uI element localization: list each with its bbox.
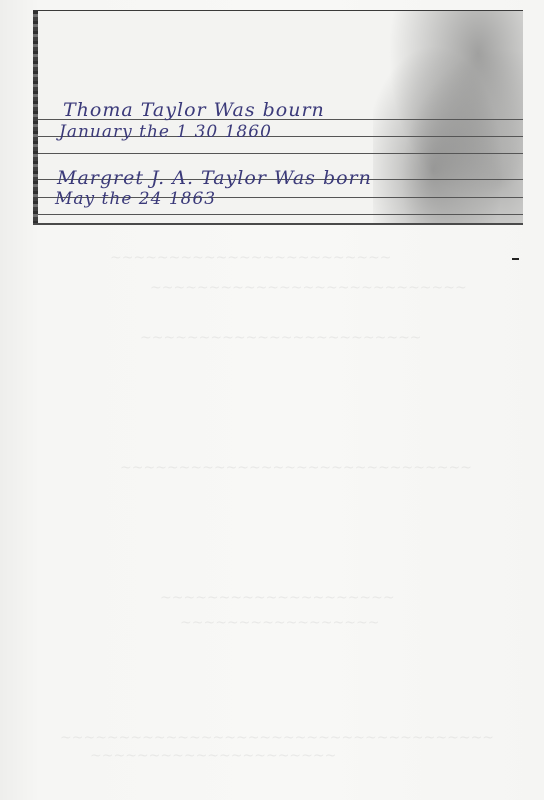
ruled-line — [38, 214, 523, 215]
bleed-through-text: ~~~~~~~~~~~~~~~~~~~~ — [160, 590, 395, 606]
bleed-through-text: ~~~~~~~~~~~~~~~~~~~~~~~~~~~~~~ — [120, 460, 472, 476]
handwritten-record-scrap: Thoma Taylor Was bourn January the 1 30 … — [33, 10, 523, 225]
bleed-through-text: ~~~~~~~~~~~~~~~~~ — [180, 615, 379, 631]
scanned-page: Thoma Taylor Was bourn January the 1 30 … — [0, 0, 544, 800]
entry-1-name-line: Thoma Taylor Was bourn — [63, 99, 325, 121]
bleed-through-text: ~~~~~~~~~~~~~~~~~~~~~ — [90, 748, 336, 764]
bleed-through-text: ~~~~~~~~~~~~~~~~~~~~~~~~~~~~~~~~~~~~~ — [60, 730, 494, 746]
entry-1-date-line: January the 1 30 1860 — [59, 122, 272, 142]
bleed-through-text: ~~~~~~~~~~~~~~~~~~~~~~~~ — [110, 250, 392, 266]
bleed-through-text: ~~~~~~~~~~~~~~~~~~~~~~~~~~~ — [150, 280, 467, 296]
ink-stain-smudge — [373, 11, 523, 223]
entry-2-date-line: May the 24 1863 — [55, 189, 216, 209]
torn-edge — [33, 11, 38, 223]
ruled-line — [38, 153, 523, 154]
entry-2-name-line: Margret J. A. Taylor Was born — [57, 167, 372, 189]
scan-speck — [512, 258, 519, 260]
bleed-through-text: ~~~~~~~~~~~~~~~~~~~~~~~~ — [140, 330, 422, 346]
